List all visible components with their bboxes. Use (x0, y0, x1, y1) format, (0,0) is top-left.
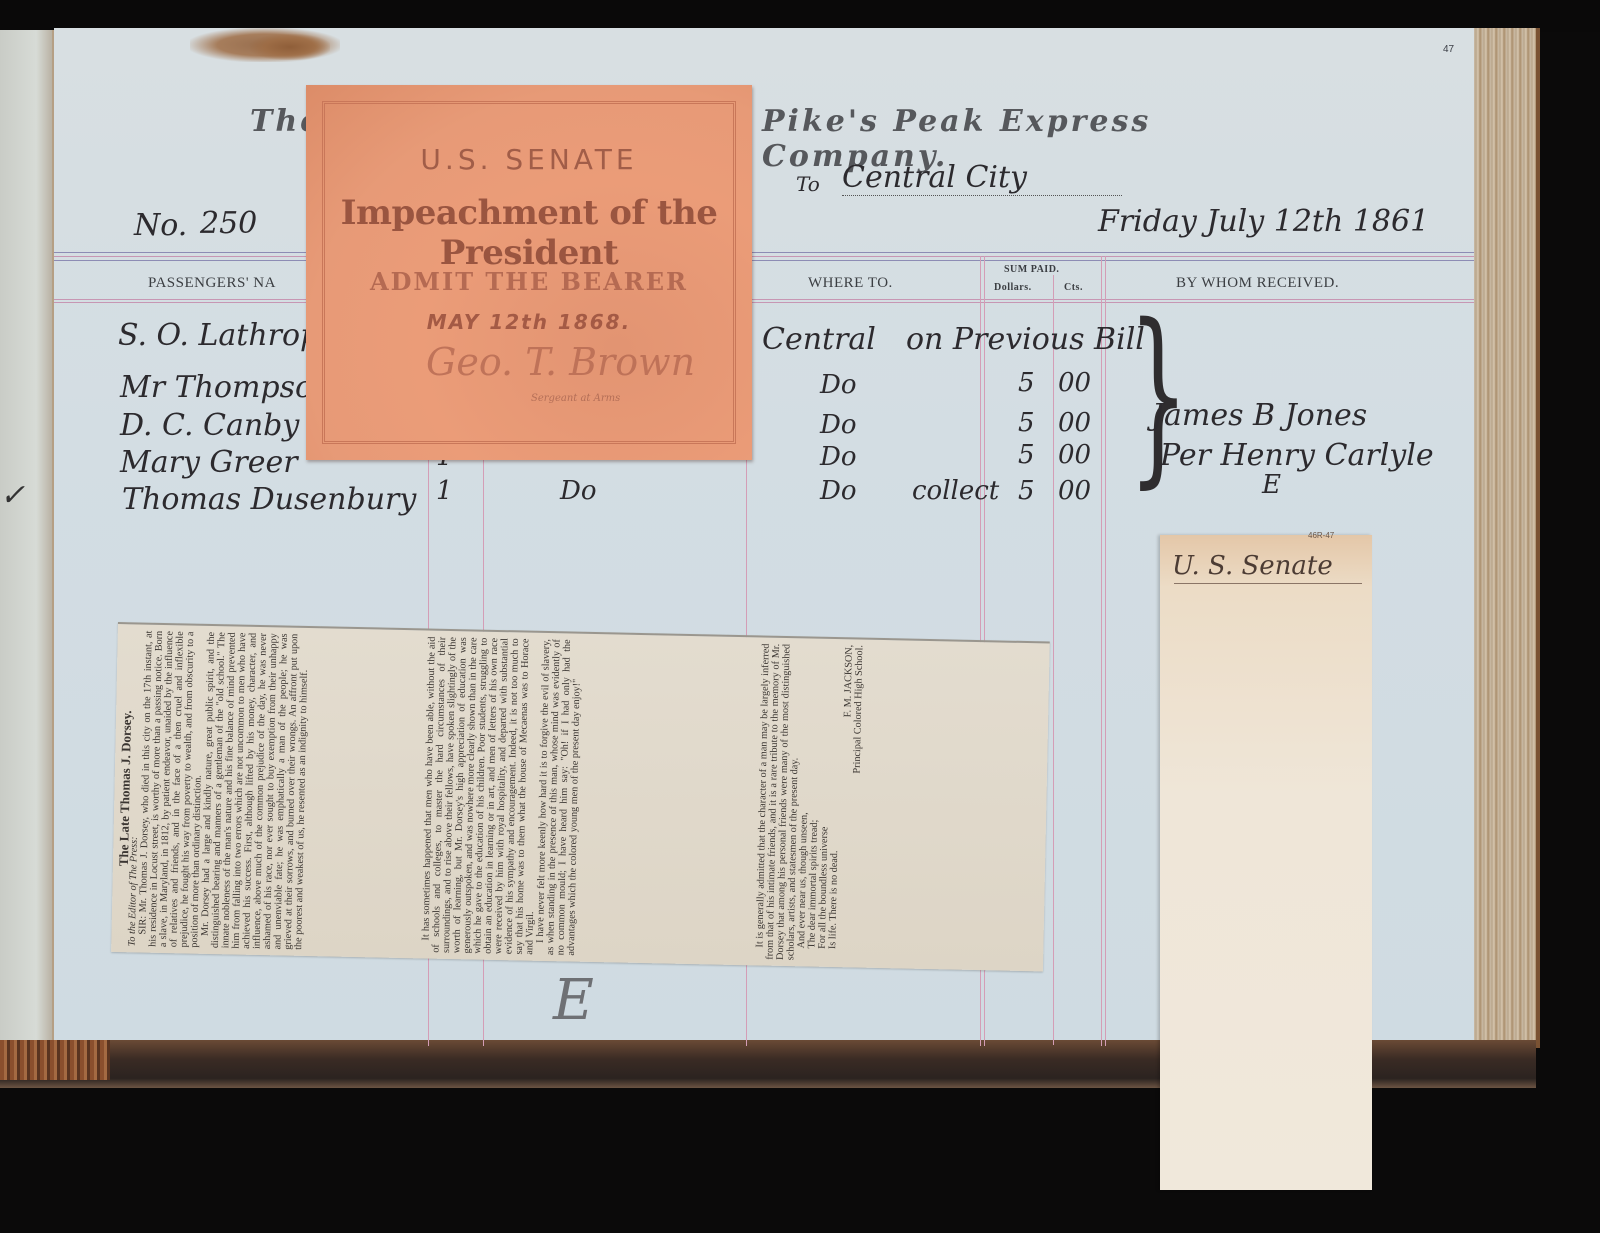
slip-underline (1174, 583, 1362, 584)
fare-cents: 00 (1058, 368, 1091, 398)
clipping-column: The Late Thomas J. Dorsey. To the Editor… (117, 630, 424, 952)
passenger-name: S. O. Lathrop (118, 318, 319, 353)
column-rule (1053, 275, 1054, 1045)
clipping-column: It has sometimes happened that men who h… (421, 636, 758, 959)
origin: Do (560, 476, 597, 506)
fare-dollars: 5 (1018, 476, 1035, 506)
received-by-agent: Per Henry Carlyle (1160, 438, 1434, 473)
destination: Do (820, 370, 857, 400)
ticket-signature: Geo. T. Brown (426, 340, 695, 384)
newspaper-clipping: The Late Thomas J. Dorsey. To the Editor… (111, 622, 1050, 971)
seats: 1 (436, 476, 453, 506)
ruling-line (54, 256, 1474, 257)
ruling-line (54, 302, 1474, 303)
clipping-paragraph: It has sometimes happened that men who h… (421, 636, 542, 954)
ruling-line (54, 252, 1474, 253)
ticket-signature-title: Sergeant at Arms (531, 393, 620, 404)
passenger-name: D. C. Canby (120, 408, 299, 443)
destination-value: Central City (842, 160, 1122, 196)
destination: Do (820, 410, 857, 440)
impeachment-ticket: U.S. SENATE Impeachment of the President… (306, 85, 752, 460)
received-by-name: James B Jones (1152, 398, 1367, 433)
slip-label: U. S. Senate (1172, 551, 1333, 581)
book-binding-corner (0, 1040, 110, 1080)
ruling-line (54, 299, 1474, 300)
ticket-date: MAY 12th 1868. (306, 310, 752, 334)
fare-note: on Previous Bill (906, 322, 1145, 357)
column-rule (1101, 256, 1102, 1046)
passenger-name: Mr Thompson (120, 370, 332, 405)
destination: Do (820, 476, 857, 506)
column-header-cents: Cts. (1064, 282, 1083, 293)
passenger-name: Mary Greer (120, 445, 298, 480)
ticket-admit: ADMIT THE BEARER (306, 267, 752, 296)
fare-dollars: 5 (1018, 408, 1035, 438)
ruling-line (54, 260, 1474, 261)
ticket-title: Impeachment of the President (306, 193, 752, 273)
water-stain (250, 34, 330, 60)
destination: Central (762, 322, 876, 357)
date-value: Friday July 12th 1861 (1098, 204, 1429, 239)
destination-label: To (796, 172, 820, 196)
column-rule (1105, 256, 1106, 1046)
page-edges (1474, 28, 1540, 1048)
page-number: 47 (1443, 44, 1454, 55)
column-header-passengers: PASSENGERS' NA (148, 275, 276, 292)
clipping-paragraph: Mr. Dorsey had a large and kindly nature… (200, 632, 311, 950)
pencil-mark: E (553, 968, 594, 1033)
left-page-mark: ✓ (0, 478, 25, 513)
clipping-paragraph: SIR: Mr. Thomas J. Dorsey, who died in t… (138, 631, 207, 948)
passenger-name: Thomas Dusenbury (122, 482, 416, 517)
fare-note: collect (912, 476, 999, 506)
clipping-column: It is generally admitted that the charac… (755, 643, 1032, 965)
clipping-paragraph: I have never felt more keenly how hard i… (536, 639, 584, 956)
fare-cents: 00 (1058, 476, 1091, 506)
column-header-by-whom: BY WHOM RECEIVED. (1176, 275, 1339, 292)
column-header-dollars: Dollars. (994, 282, 1032, 293)
fare-cents: 00 (1058, 440, 1091, 470)
fare-dollars: 5 (1018, 368, 1035, 398)
destination: Do (820, 442, 857, 472)
fare-dollars: 5 (1018, 440, 1035, 470)
received-by-initial: E (1262, 470, 1281, 500)
slip-note: 46R-47 (1308, 531, 1334, 540)
column-header-sum-paid: SUM PAID. (1004, 264, 1059, 275)
number-value: 250 (200, 206, 257, 241)
fare-cents: 00 (1058, 408, 1091, 438)
number-label: No. (134, 208, 187, 243)
left-page (0, 30, 54, 1045)
ticket-senate: U.S. SENATE (306, 143, 752, 176)
senate-paper-slip: 46R-47 U. S. Senate (1160, 535, 1372, 1190)
column-header-where-to: WHERE TO. (808, 275, 893, 292)
